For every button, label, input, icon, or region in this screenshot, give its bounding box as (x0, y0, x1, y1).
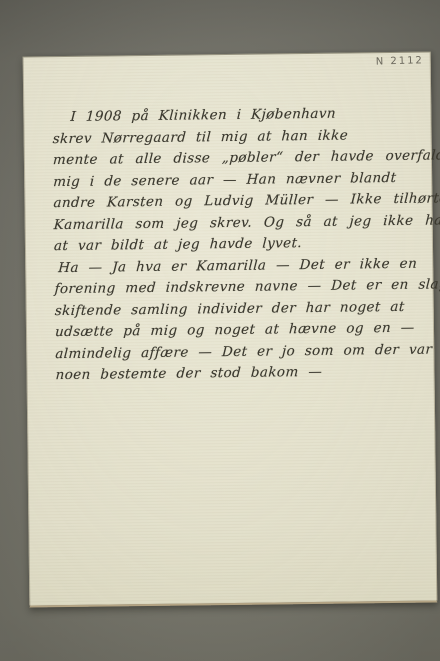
photo-backdrop: N 2112 I 1908 på Klinikken i Kjøbenhavn … (0, 0, 440, 661)
catalog-number: N 2112 (376, 55, 424, 67)
manuscript-page: N 2112 I 1908 på Klinikken i Kjøbenhavn … (23, 52, 438, 608)
handwritten-text-block: I 1908 på Klinikken i Kjøbenhavn skrev N… (52, 103, 403, 387)
manuscript-line: noen bestemte der stod bakom — (55, 361, 404, 387)
